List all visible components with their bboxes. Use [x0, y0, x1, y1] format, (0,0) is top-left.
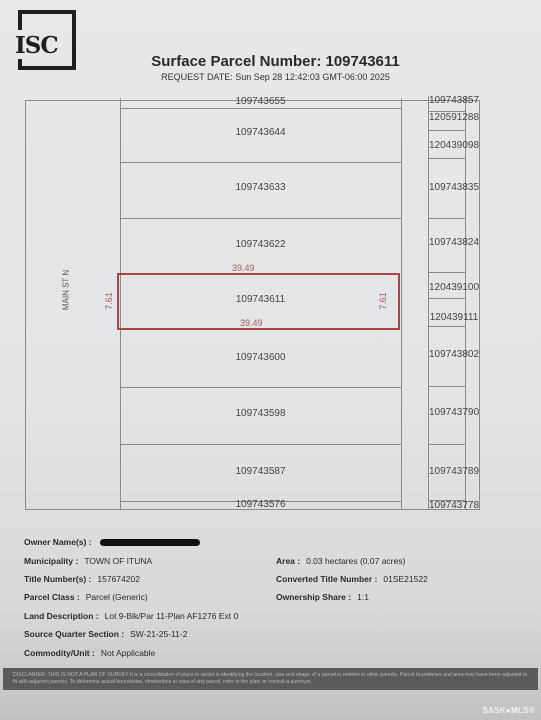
right-lot-parcel-number: 120439100 — [418, 282, 490, 293]
dimension-bottom: 39.49 — [240, 318, 263, 328]
ownership-share-label: Ownership Share : — [276, 592, 351, 602]
area-row: Area :0.03 hectares (0.07 acres) — [276, 556, 405, 566]
lot-parcel-number: 109743644 — [120, 127, 401, 138]
dimension-right: 7.61 — [378, 292, 388, 310]
municipality-value: TOWN OF ITUNA — [84, 556, 152, 566]
right-lot-boundary — [428, 130, 465, 131]
right-lot-boundary — [428, 272, 465, 273]
request-date: REQUEST DATE: Sun Sep 28 12:42:03 GMT-06… — [0, 72, 541, 82]
converted-title-label: Converted Title Number : — [276, 574, 377, 584]
source-quarter-row: Source Quarter Section :SW-21-25-11-2 — [24, 629, 187, 639]
title-number-label: Title Number(s) : — [24, 574, 91, 584]
right-lot-parcel-number: 109743835 — [418, 182, 490, 193]
title-number-value: 157674202 — [97, 574, 140, 584]
right-lot-parcel-number: 109743790 — [418, 407, 490, 418]
page-title: Surface Parcel Number: 109743611 — [0, 53, 541, 70]
ownership-share-value: 1:1 — [357, 592, 369, 602]
commodity-label: Commodity/Unit : — [24, 648, 95, 658]
source-quarter-label: Source Quarter Section : — [24, 629, 124, 639]
lot-boundary — [120, 162, 401, 163]
converted-title-row: Converted Title Number :01SE21522 — [276, 574, 428, 584]
right-lot-parcel-number: 109743802 — [418, 349, 490, 360]
right-lot-parcel-number: 109743789 — [418, 466, 490, 477]
right-lot-boundary — [428, 386, 465, 387]
street-label: MAIN ST N — [62, 270, 71, 310]
owner-label: Owner Name(s) : — [24, 537, 92, 547]
dimension-left: 7.61 — [104, 292, 114, 310]
land-description-row: Land Description :Lot 9-Blk/Par 11-Plan … — [24, 611, 238, 621]
lot-parcel-number: 109743622 — [120, 239, 401, 250]
disclaimer-banner: DISCLAIMER: THIS IS NOT A PLAN OF SURVEY… — [3, 668, 538, 690]
logo-frame — [18, 10, 22, 30]
logo-frame — [18, 10, 76, 14]
land-description-value: Lot 9-Blk/Par 11-Plan AF1276 Ext 0 — [105, 611, 239, 621]
ownership-share-row: Ownership Share :1:1 — [276, 592, 369, 602]
right-lot-boundary — [428, 218, 465, 219]
area-label: Area : — [276, 556, 300, 566]
commodity-value: Not Applicable — [101, 648, 155, 658]
right-lot-parcel-number: 109743778 — [418, 500, 490, 511]
right-lot-boundary — [428, 326, 465, 327]
right-lot-parcel-number: 120439111 — [418, 312, 490, 323]
lot-parcel-number: 109743576 — [120, 499, 401, 510]
lot-parcel-number: 109743600 — [120, 352, 401, 363]
right-lot-boundary — [428, 298, 465, 299]
lot-parcel-number: 109743598 — [120, 408, 401, 419]
title-number-row: Title Number(s) :157674202 — [24, 574, 140, 584]
dimension-top: 39.49 — [232, 263, 255, 273]
lot-parcel-number: 109743587 — [120, 466, 401, 477]
lot-parcel-number: 109743655 — [120, 96, 401, 107]
converted-title-value: 01SE21522 — [383, 574, 427, 584]
lot-boundary — [120, 108, 401, 109]
parcel-class-label: Parcel Class : — [24, 592, 80, 602]
municipality-row: Municipality :TOWN OF ITUNA — [24, 556, 152, 566]
right-lot-parcel-number: 109743857 — [418, 95, 490, 106]
commodity-row: Commodity/Unit :Not Applicable — [24, 648, 155, 658]
lot-boundary — [120, 387, 401, 388]
owner-redacted — [100, 539, 200, 546]
right-lot-parcel-number: 120439098 — [418, 140, 490, 151]
land-description-label: Land Description : — [24, 611, 99, 621]
owner-row: Owner Name(s) : — [24, 537, 200, 547]
parcel-class-row: Parcel Class :Parcel (Generic) — [24, 592, 148, 602]
lot-parcel-number: 109743633 — [120, 182, 401, 193]
right-lot-parcel-number: 109743824 — [418, 237, 490, 248]
sask-mls-watermark: SASK●MLS® — [482, 706, 535, 715]
lot-boundary — [120, 218, 401, 219]
parcel-class-value: Parcel (Generic) — [86, 592, 148, 602]
area-value: 0.03 hectares (0.07 acres) — [306, 556, 405, 566]
right-lot-parcel-number: 120591288 — [418, 112, 490, 123]
right-lot-boundary — [428, 158, 465, 159]
lot-boundary — [120, 444, 401, 445]
source-quarter-value: SW-21-25-11-2 — [130, 629, 187, 639]
municipality-label: Municipality : — [24, 556, 78, 566]
right-lot-boundary — [428, 444, 465, 445]
